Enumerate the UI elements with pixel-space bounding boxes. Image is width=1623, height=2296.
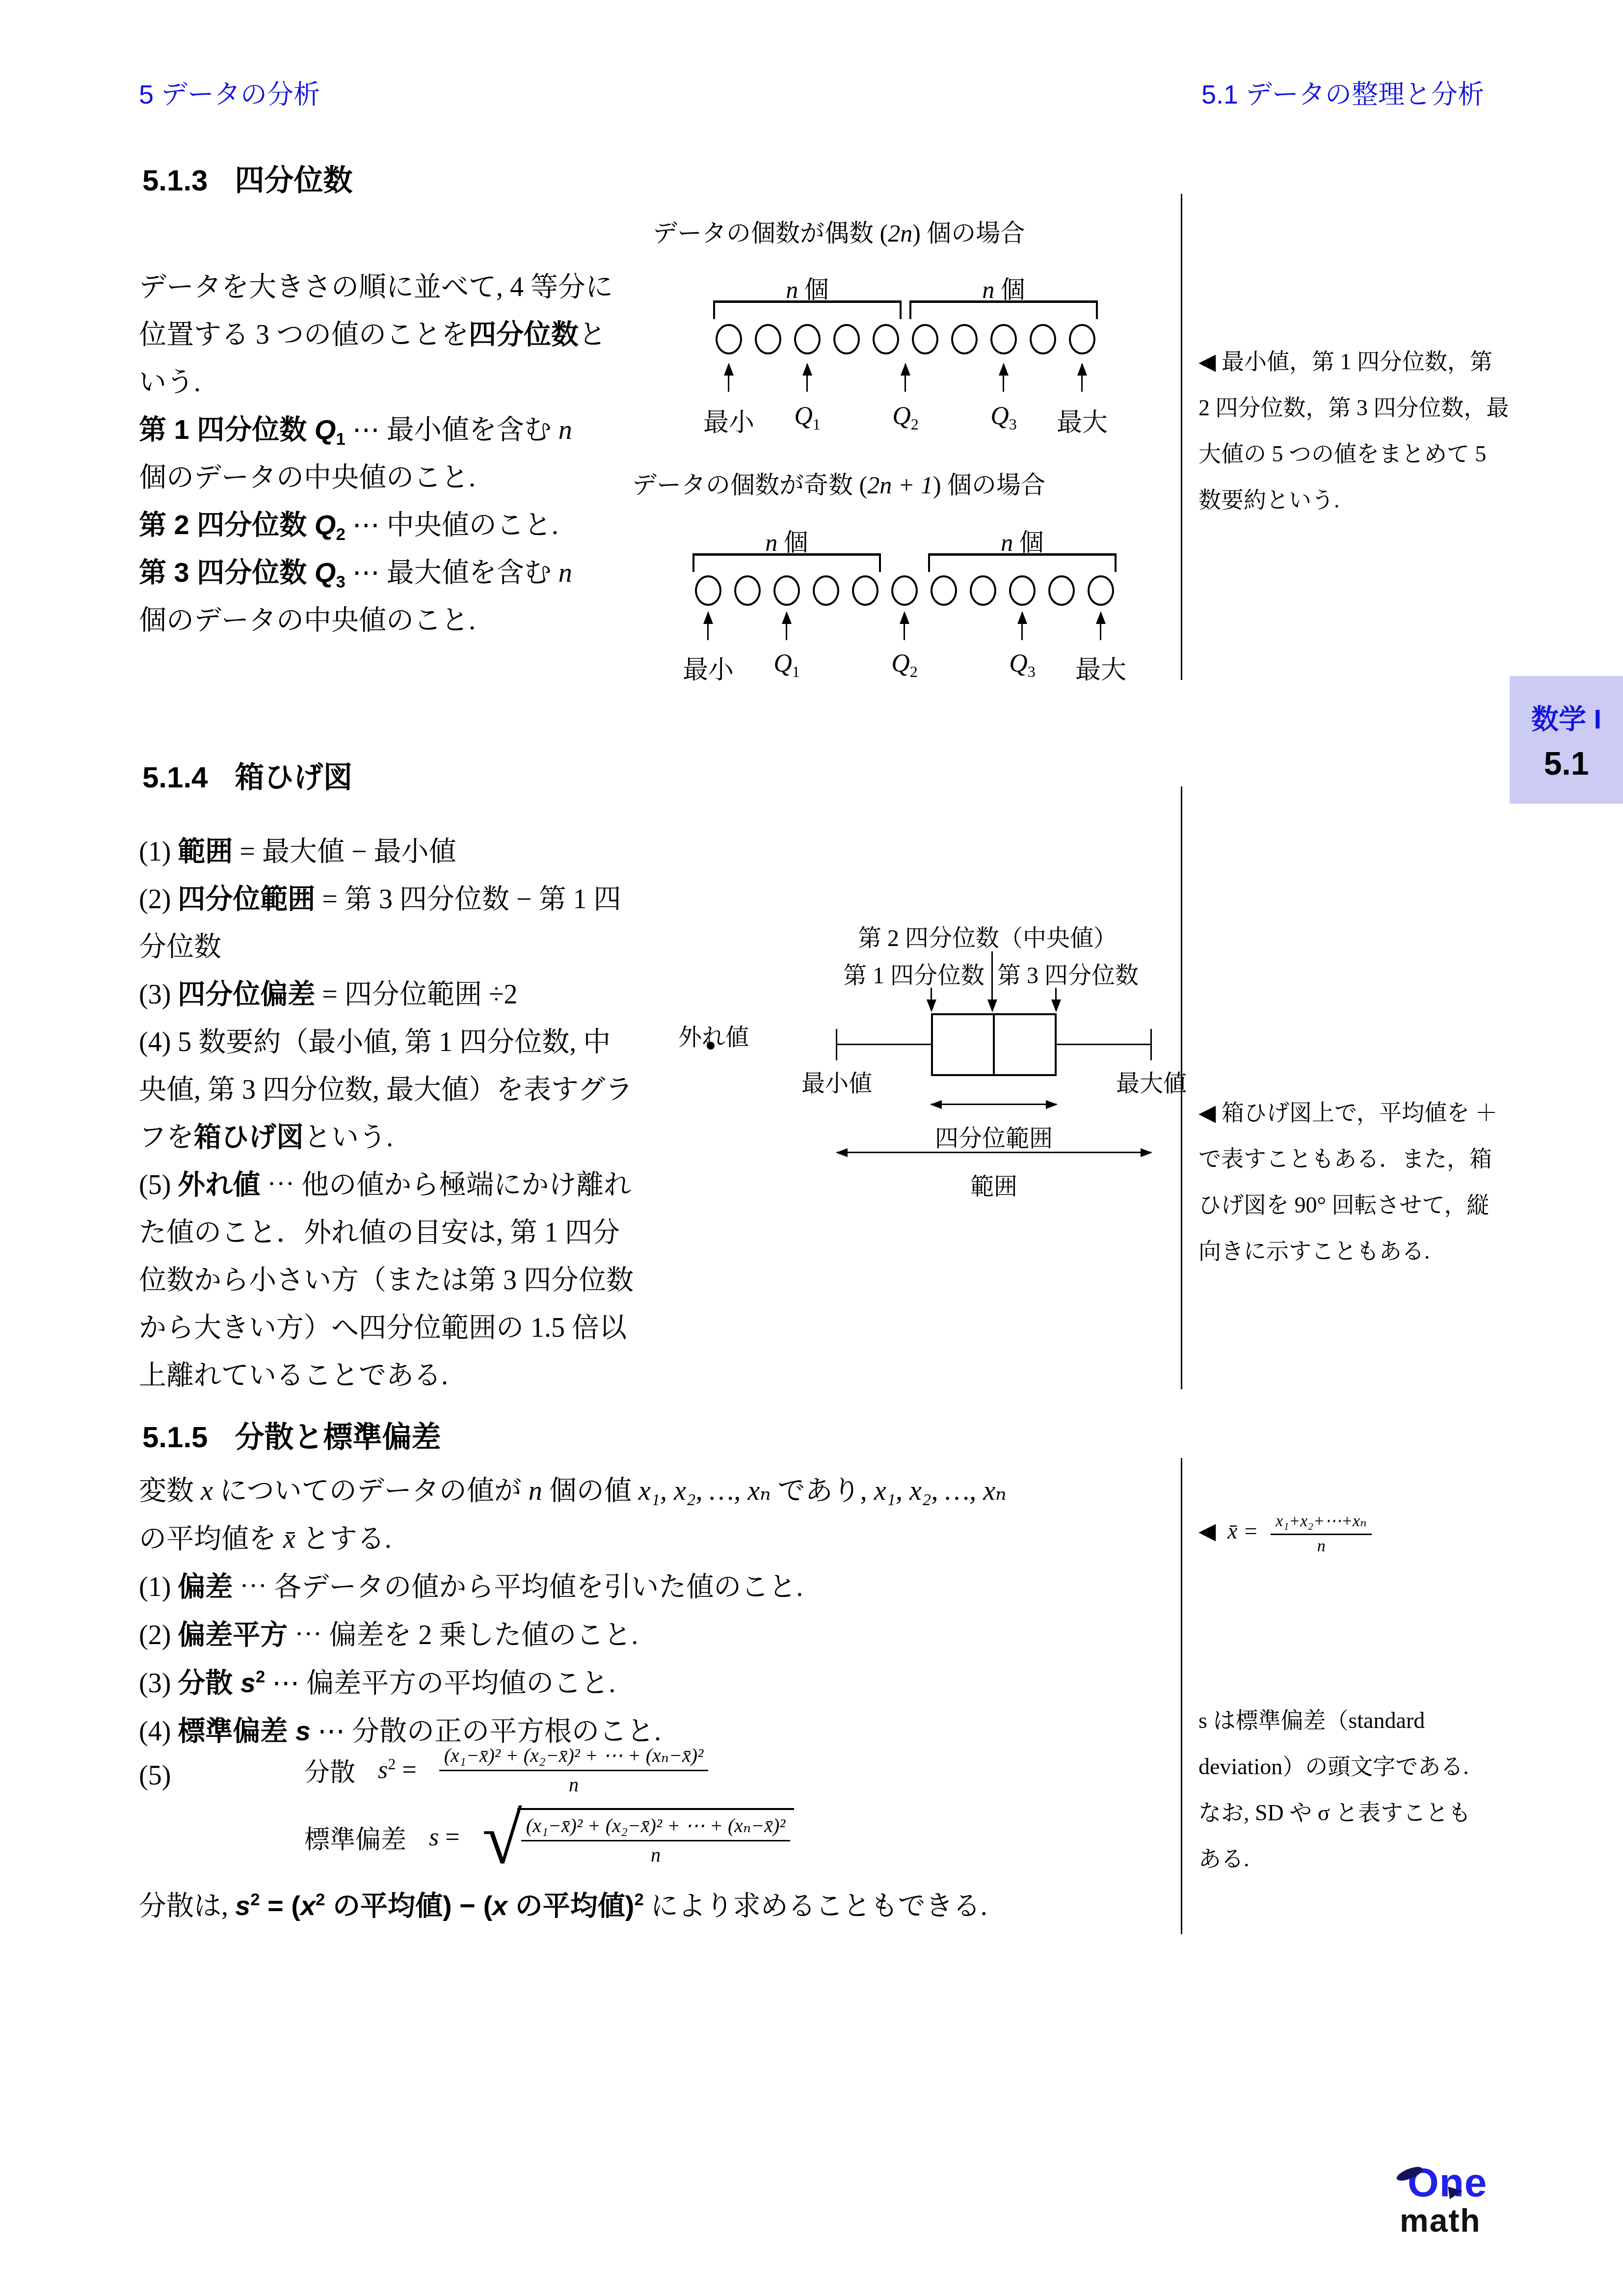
data-circle <box>813 575 839 606</box>
pointer-arrow <box>707 613 709 640</box>
pointer-arrow <box>904 613 905 640</box>
text-line: 向きに示すこともある. <box>1198 1233 1430 1266</box>
formula-exponent: 2 <box>388 1755 396 1773</box>
text-segment: ⋯ 偏差を 2 乗した値のこと. <box>288 1620 638 1650</box>
data-circle <box>716 324 742 354</box>
section-title: 分散と標準偏差 <box>235 1421 441 1454</box>
formula-variable: s <box>378 1756 388 1784</box>
pointer-label: Q3 <box>1009 649 1036 681</box>
box <box>931 1013 1057 1076</box>
text-segment: 2n + 1 <box>867 471 933 499</box>
text-line: ひげ図を 90° 回転させて，縦 <box>1198 1187 1489 1219</box>
formula-row: 分散s2 = (x₁−x̄)² + (x₂−x̄)² + ⋯ + (xₙ−x̄)… <box>304 1744 708 1796</box>
text-segment: = 第 3 四分位数 − 第 1 四 <box>315 884 621 915</box>
diagram-title: データの個数が偶数 (2n) 個の場合 <box>653 214 1025 249</box>
text-segment: n <box>786 276 798 303</box>
text-segment: ) 個の場合 <box>912 219 1025 247</box>
boxplot-q2-label: 第 2 四分位数（中央値） <box>858 919 1117 953</box>
data-circle <box>931 575 957 606</box>
text-segment: n <box>559 558 572 588</box>
fraction-denominator: n <box>1271 1535 1372 1556</box>
text-segment: 位置する 3 つの値のことを <box>139 320 469 350</box>
closing-formula-line: 分散は, s2 = (x2 の平均値) − (x の平均値)2 により求めること… <box>139 1884 987 1923</box>
text-segment: (2) <box>139 1620 178 1650</box>
count-bracket <box>713 300 902 319</box>
text-line: (2) 四分位範囲 = 第 3 四分位数 − 第 1 四 <box>139 877 621 917</box>
boxplot-q1-label: 第 1 四分位数 <box>843 956 984 990</box>
text-line: から大きい方）へ四分位範囲の 1.5 倍以 <box>139 1306 627 1345</box>
data-circle <box>873 324 899 354</box>
text-segment: (4) 5 数要約（最小値, 第 1 四分位数, 中 <box>139 1027 611 1057</box>
text-segment: Q <box>1009 649 1028 677</box>
text-segment: ⋯ 最大値を含む <box>346 558 559 588</box>
pointer-label: Q1 <box>794 402 821 433</box>
text-segment: 分散は, <box>139 1891 235 1921</box>
header-section: 5.1 データの整理と分析 <box>1201 74 1484 111</box>
text-segment: により求めることもできる. <box>644 1891 987 1921</box>
text-segment: 3 <box>336 573 345 592</box>
text-segment: 偏差 <box>178 1571 233 1602</box>
text-segment: ⋯ 分散の正の平方根のこと. <box>311 1716 661 1747</box>
data-circle <box>912 324 938 354</box>
text-segment: 四分位偏差 <box>178 978 315 1009</box>
data-circle <box>970 575 996 606</box>
data-circle <box>1088 575 1114 606</box>
text-segment: 2n <box>888 219 912 247</box>
text-line: 上離れていることである. <box>139 1353 448 1393</box>
formula-fraction: (x₁−x̄)² + (x₂−x̄)² + ⋯ + (xₙ−x̄)²n <box>517 1808 794 1866</box>
iqr-arrow <box>931 1104 1057 1105</box>
text-segment: 2 <box>336 525 345 544</box>
text-segment: 個のデータの中央値のこと. <box>139 462 476 493</box>
formula-row: 標準偏差s = √(x₁−x̄)² + (x₂−x̄)² + ⋯ + (xₙ−x… <box>304 1807 794 1868</box>
boxplot-max-label: 最大値 <box>1116 1064 1187 1098</box>
text-segment: n <box>1001 529 1013 556</box>
text-segment: (3) <box>139 1668 178 1699</box>
text-segment: x <box>492 1890 507 1921</box>
text-line: なお, SD や σ と表すことも <box>1198 1795 1471 1827</box>
margin-note-mean-formula: ◀ x̄ = x₁+x₂+⋯+xₙ n <box>1198 1511 1498 1556</box>
data-circle <box>951 324 978 354</box>
formula-fraction: (x₁−x̄)² + (x₂−x̄)² + ⋯ + (xₙ−x̄)²n <box>439 1744 708 1796</box>
formula-label: 分散 <box>304 1752 355 1788</box>
text-segment: s <box>295 1715 311 1746</box>
text-segment: = 四分位範囲 ÷2 <box>315 979 517 1010</box>
data-circle <box>1009 575 1036 606</box>
text-line: 分位数 <box>139 925 221 964</box>
text-segment: = 最大値 − 最小値 <box>233 837 456 867</box>
text-segment: x̄ <box>283 1524 295 1554</box>
data-circle <box>1048 575 1075 606</box>
text-segment: Q <box>891 649 910 677</box>
text-segment: 2 <box>256 1668 265 1686</box>
text-segment: (4) <box>139 1716 178 1747</box>
section-513-body: データを大きさの順に並べて, 4 等分に位置する 3 つの値のことを四分位数とい… <box>139 265 708 658</box>
text-segment: ⋯ 最小値を含む <box>346 415 559 445</box>
text-segment: 2 <box>250 1891 260 1909</box>
text-line: 央値, 第 3 四分位数, 最大値）を表すグラ <box>139 1068 633 1107</box>
text-line: ◀ 箱ひげ図上で，平均値を ＋ <box>1198 1095 1497 1127</box>
text-segment: 四分位範囲 <box>178 883 315 914</box>
odd-count-diagram: データの個数が奇数 (2n + 1) 個の場合 n 個n 個 最小Q1Q2Q3最… <box>632 461 1177 692</box>
text-segment: 個の値 <box>542 1476 639 1506</box>
text-segment: s <box>240 1667 256 1698</box>
text-segment: と <box>579 320 606 350</box>
text-line: 位数から小さい方（または第 3 四分位数 <box>139 1258 634 1297</box>
text-segment: いう. <box>139 367 201 398</box>
text-line: ◀ 最小値，第 1 四分位数，第 <box>1198 344 1492 376</box>
text-segment: 個のデータの中央値のこと. <box>139 605 476 636</box>
boxplot-diagram: 第 2 四分位数（中央値） 第 1 四分位数 第 3 四分位数 最小値 最大値 … <box>653 913 1193 1198</box>
text-segment: であり, <box>771 1476 874 1506</box>
pointer-arrow <box>806 364 808 392</box>
text-segment: 2 <box>910 663 918 680</box>
pointer-label: 最大 <box>1075 649 1126 686</box>
text-segment: x <box>300 1890 316 1921</box>
data-circle <box>891 575 918 606</box>
text-segment: Q <box>315 557 336 588</box>
variance-formula-block: 分散s2 = (x₁−x̄)² + (x₂−x̄)² + ⋯ + (xₙ−x̄)… <box>304 1744 1139 1891</box>
logo-word-math: math <box>1400 2204 1537 2237</box>
text-segment: 最小 <box>703 409 754 437</box>
data-circle <box>1069 324 1095 354</box>
text-segment: の平均値) <box>507 1890 634 1921</box>
text-segment: 分散 <box>178 1667 240 1698</box>
text-line: 大値の 5 つの値をまとめて 5 <box>1198 436 1487 468</box>
count-bracket <box>909 300 1098 319</box>
circle-row <box>653 324 1197 355</box>
text-line: データを大きさの順に並べて, 4 等分に <box>139 265 613 304</box>
data-circle <box>794 324 821 354</box>
text-line: 第 3 四分位数 Q3 ⋯ 最大値を含む n <box>139 551 572 592</box>
text-segment: Q <box>892 402 911 430</box>
text-segment: x₁, x₂, …, xₙ <box>639 1476 771 1506</box>
text-segment: n <box>765 529 777 556</box>
data-circle <box>852 575 878 606</box>
text-line: (3) 分散 s2 ⋯ 偏差平方の平均値のこと. <box>139 1661 615 1701</box>
tab-subject: 数学 I <box>1510 698 1623 737</box>
section-514-body: (1) 範囲 = 最大値 − 最小値(2) 四分位範囲 = 第 3 四分位数 −… <box>139 830 708 1443</box>
logo-beak-shape <box>1448 2185 1463 2199</box>
pointer-label: Q3 <box>990 402 1017 433</box>
outlier-dot <box>707 1042 715 1050</box>
text-segment: 標準偏差 <box>178 1715 295 1746</box>
formula-item-number: (5) <box>139 1760 171 1791</box>
sqrt-expression: √(x₁−x̄)² + (x₂−x̄)² + ⋯ + (xₙ−x̄)²n <box>482 1807 795 1868</box>
text-line: (5) 外れ値 ⋯ 他の値から極端にかけ離れ <box>139 1163 631 1202</box>
bracket-row: n 個n 個 <box>653 270 1197 324</box>
text-segment: ⋯ 偏差平方の平均値のこと. <box>265 1668 615 1699</box>
data-circle <box>1030 324 1056 354</box>
section-515-body: 変数 x についてのデータの値が n 個の値 x₁, x₂, …, xₙ であり… <box>139 1469 1174 1773</box>
data-circle <box>833 324 860 354</box>
text-segment: から大きい方）へ四分位範囲の 1.5 倍以 <box>139 1313 627 1343</box>
text-line: た値のこと．外れ値の目安は, 第 1 四分 <box>139 1211 620 1250</box>
formula-label: 標準偏差 <box>304 1819 406 1856</box>
mean-fraction: x₁+x₂+⋯+xₙ n <box>1271 1511 1372 1556</box>
text-segment: 外れ値 <box>178 1169 260 1200</box>
circle-row <box>632 575 1177 607</box>
equals-sign: = <box>396 1756 416 1784</box>
page-edge-tab: 数学 I 5.1 <box>1510 676 1623 804</box>
text-segment: Q <box>794 402 813 430</box>
formula-lhs: s2 = <box>378 1755 417 1784</box>
text-segment: 個 <box>1013 529 1044 556</box>
text-segment: 位数から小さい方（または第 3 四分位数 <box>139 1265 634 1296</box>
q3-pointer-arrow <box>1055 988 1057 1010</box>
text-segment: 箱ひげ図 <box>194 1121 304 1152</box>
text-segment: データの個数が奇数 ( <box>632 471 867 499</box>
text-line: (1) 偏差 ⋯ 各データの値から平均値を引いた値のこと. <box>139 1565 803 1604</box>
text-segment: 1 <box>792 663 800 680</box>
even-count-diagram: データの個数が偶数 (2n) 個の場合 n 個n 個 最小Q1Q2Q3最大 <box>653 211 1197 442</box>
text-segment: x₁, x₂, …, xₙ <box>874 1476 1007 1506</box>
formula-variable: s <box>429 1823 439 1851</box>
text-segment: Q <box>315 509 336 540</box>
text-segment: フを <box>139 1122 194 1153</box>
text-segment: Q <box>773 649 792 677</box>
text-segment: = ( <box>260 1890 300 1921</box>
count-bracket <box>928 553 1117 572</box>
text-segment: 個 <box>994 276 1025 303</box>
fraction-numerator: (x₁−x̄)² + (x₂−x̄)² + ⋯ + (xₙ−x̄)² <box>439 1744 708 1771</box>
text-segment: データを大きさの順に並べて, 4 等分に <box>139 272 613 302</box>
text-segment: データの個数が偶数 ( <box>653 219 888 247</box>
pointer-arrow <box>1100 613 1101 640</box>
mean-lhs: x̄ = <box>1227 1518 1258 1543</box>
data-circle <box>773 575 800 606</box>
pointer-label: Q1 <box>773 649 800 681</box>
text-segment: 2 <box>634 1891 643 1909</box>
text-segment: という. <box>304 1122 393 1153</box>
text-segment: x <box>201 1476 213 1506</box>
text-line: ある. <box>1198 1841 1250 1873</box>
text-segment: 1 <box>336 430 345 449</box>
median-line <box>993 1015 995 1074</box>
section-number: 5.1.4 <box>142 761 208 794</box>
tab-section-number: 5.1 <box>1510 745 1623 782</box>
text-segment: 2 <box>911 415 919 433</box>
text-segment: 第 1 四分位数 <box>139 414 315 445</box>
text-segment: 偏差平方 <box>178 1619 288 1650</box>
note-marker-icon: ◀ <box>1198 1518 1216 1543</box>
text-segment: 最小 <box>683 656 734 684</box>
text-line: (4) 標準偏差 s ⋯ 分散の正の平方根のこと. <box>139 1709 661 1749</box>
onemath-logo: One math <box>1400 2163 1537 2237</box>
text-segment: 範囲 <box>178 836 233 866</box>
text-segment: ⋯ 各データの値から平均値を引いた値のこと. <box>233 1572 803 1602</box>
text-segment: 第 2 四分位数 <box>139 509 315 540</box>
fraction-numerator: (x₁−x̄)² + (x₂−x̄)² + ⋯ + (xₙ−x̄)² <box>521 1814 790 1841</box>
data-circle <box>695 575 721 606</box>
text-segment: 個 <box>777 529 808 556</box>
section-title: 四分位数 <box>235 164 352 197</box>
text-segment: (1) <box>139 837 178 867</box>
text-segment: 2 <box>316 1891 325 1909</box>
text-line: 個のデータの中央値のこと. <box>139 598 476 638</box>
text-line: 変数 x についてのデータの値が n 個の値 x₁, x₂, …, xₙ であり… <box>139 1469 1007 1508</box>
text-segment: n <box>982 276 994 303</box>
text-segment: 3 <box>1009 415 1017 433</box>
text-line: の平均値を x̄ とする. <box>139 1517 392 1556</box>
pointer-arrow <box>1021 613 1023 640</box>
pointer-arrow <box>1003 364 1004 392</box>
pointer-label: 最大 <box>1057 402 1108 438</box>
pointer-arrow <box>1081 364 1083 392</box>
text-segment: 分位数 <box>139 932 221 962</box>
left-whisker <box>837 1044 931 1045</box>
text-segment: 央値, 第 3 四分位数, 最大値）を表すグラ <box>139 1075 633 1105</box>
text-segment: の平均値) − ( <box>325 1890 492 1921</box>
section-heading-515: 5.1.5分散と標準偏差 <box>142 1414 441 1456</box>
pointer-label: Q2 <box>892 402 919 433</box>
text-line: で表すこともある．また，箱 <box>1198 1141 1492 1173</box>
min-cap <box>836 1029 837 1060</box>
logo-word-one: One <box>1408 2163 1537 2203</box>
text-segment: とする. <box>295 1524 392 1554</box>
text-segment: (2) <box>139 884 178 915</box>
fraction-denominator: n <box>521 1841 790 1866</box>
range-arrow <box>837 1152 1151 1153</box>
text-segment: についてのデータの値が <box>213 1476 529 1506</box>
diagram-title: データの個数が奇数 (2n + 1) 個の場合 <box>632 465 1045 501</box>
section-heading-513: 5.1.3四分位数 <box>142 157 352 199</box>
data-circle <box>755 324 781 354</box>
text-segment: Q <box>990 402 1009 430</box>
data-circle <box>990 324 1017 354</box>
sqrt-radical-icon: √ <box>482 1809 522 1870</box>
text-segment: n <box>529 1476 542 1506</box>
q2-pointer-arrow <box>991 951 993 1010</box>
section-number: 5.1.5 <box>142 1421 208 1454</box>
header-chapter: 5 データの分析 <box>139 74 320 111</box>
textbook-page: 5 データの分析 5.1 データの整理と分析 5.1.3四分位数 データを大きさ… <box>0 0 1623 2296</box>
text-line: deviation）の頭文字である. <box>1198 1749 1469 1781</box>
margin-separator-3 <box>1181 1458 1182 1934</box>
text-line: (1) 範囲 = 最大値 − 最小値 <box>139 830 456 869</box>
text-segment: n <box>559 415 572 445</box>
text-segment: 四分位数 <box>469 319 579 350</box>
text-segment: 個 <box>798 276 829 303</box>
text-segment: (3) <box>139 979 178 1010</box>
pointer-arrow <box>728 364 729 392</box>
text-segment: た値のこと．外れ値の目安は, 第 1 四分 <box>139 1217 620 1248</box>
text-segment: 変数 <box>139 1476 201 1506</box>
text-segment: ⋯ 他の値から極端にかけ離れ <box>260 1170 631 1200</box>
text-segment: (5) <box>139 1170 178 1200</box>
pointer-arrow <box>905 364 906 392</box>
text-segment: 3 <box>1028 663 1036 680</box>
pointer-label: 最小 <box>683 649 734 686</box>
boxplot-min-label: 最小値 <box>801 1064 872 1098</box>
text-segment: 最大 <box>1057 409 1108 437</box>
pointer-arrow <box>786 613 787 640</box>
text-segment: s <box>235 1890 250 1921</box>
max-cap <box>1150 1029 1152 1060</box>
text-line: (4) 5 数要約（最小値, 第 1 四分位数, 中 <box>139 1020 611 1059</box>
text-segment: 1 <box>813 415 821 433</box>
section-heading-514: 5.1.4箱ひげ図 <box>142 754 352 796</box>
boxplot-iqr-label: 四分位範囲 <box>935 1119 1053 1153</box>
text-line: (2) 偏差平方 ⋯ 偏差を 2 乗した値のこと. <box>139 1613 638 1652</box>
count-bracket <box>692 553 881 572</box>
text-line: いう. <box>139 360 201 400</box>
pointer-row: 最小Q1Q2Q3最大 <box>653 364 1197 438</box>
text-segment: ⋯ 中央値のこと. <box>346 510 559 540</box>
text-segment: の平均値を <box>139 1524 283 1554</box>
boxplot-range-label: 範囲 <box>970 1167 1017 1201</box>
data-circle <box>734 575 761 606</box>
q1-pointer-arrow <box>931 988 932 1010</box>
text-line: 位置する 3 つの値のことを四分位数と <box>139 313 606 352</box>
text-segment: 最大 <box>1075 656 1126 684</box>
section-number: 5.1.3 <box>142 164 208 197</box>
text-segment: ) 個の場合 <box>933 471 1045 499</box>
boxplot-q3-label: 第 3 四分位数 <box>997 956 1139 990</box>
text-line: s は標準偏差（standard <box>1198 1702 1425 1735</box>
right-whisker <box>1057 1044 1151 1045</box>
bracket-row: n 個n 個 <box>632 523 1177 577</box>
equals-sign: = <box>439 1823 459 1851</box>
text-line: 第 2 四分位数 Q2 ⋯ 中央値のこと. <box>139 503 559 544</box>
text-line: 2 四分位数，第 3 四分位数，最 <box>1198 390 1509 422</box>
text-line: 個のデータの中央値のこと. <box>139 456 476 495</box>
pointer-row: 最小Q1Q2Q3最大 <box>632 613 1177 686</box>
section-title: 箱ひげ図 <box>235 761 352 794</box>
text-segment: 第 3 四分位数 <box>139 557 315 588</box>
text-segment: Q <box>315 414 336 445</box>
text-line: フを箱ひげ図という. <box>139 1115 393 1155</box>
pointer-label: Q2 <box>891 649 918 681</box>
text-line: 数要約という. <box>1198 482 1340 514</box>
fraction-numerator: x₁+x₂+⋯+xₙ <box>1271 1511 1372 1535</box>
formula-lhs: s = <box>429 1823 460 1852</box>
fraction-denominator: n <box>439 1771 708 1796</box>
text-line: (3) 四分位偏差 = 四分位範囲 ÷2 <box>139 972 518 1012</box>
text-line: 第 1 四分位数 Q1 ⋯ 最小値を含む n <box>139 408 572 449</box>
pointer-label: 最小 <box>703 402 754 438</box>
text-segment: 上離れていることである. <box>139 1360 448 1391</box>
text-segment: (1) <box>139 1572 178 1602</box>
